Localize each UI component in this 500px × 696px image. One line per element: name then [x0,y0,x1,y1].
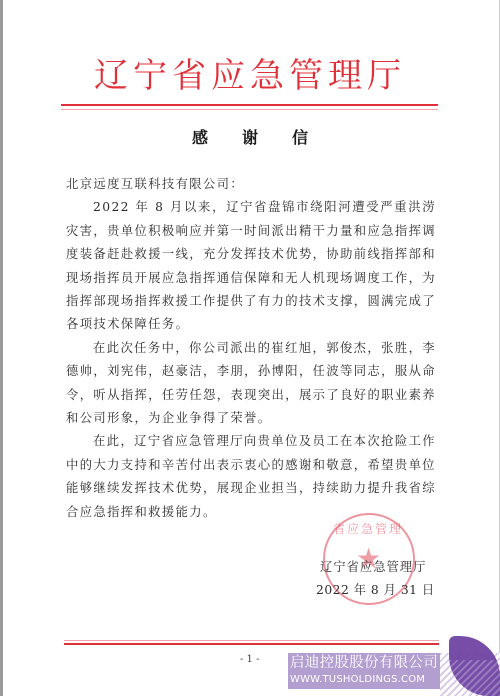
footer-red-rule-thin [64,640,439,641]
paragraph-3: 在此，辽宁省应急管理厅向贵单位及员工在本次抢险工作中的大力支持和辛苦付出表示衷心… [66,430,436,524]
letter-title-char: 信 [292,125,308,148]
letter-title-char: 感 [192,125,208,148]
paragraph-2: 在此次任务中，你公司派出的崔红旭，郭俊杰，张胜，李德帅，刘宪伟，赵豪洁，李朋，孙… [66,337,436,431]
seal-text: 省应急管理 [333,520,403,537]
letter-title-char: 谢 [242,125,258,148]
header-red-rule-thin [61,109,438,110]
header-red-rule [61,104,438,106]
page-number: - 1 - [240,654,259,665]
signer: 辽宁省应急管理厅 [320,557,426,575]
issuing-organization-header: 辽宁省应急管理厅 [0,54,500,98]
letter-body: 北京远度互联科技有限公司： 2022 年 8 月以来，辽宁省盘锦市绕阳河遭受严重… [66,173,436,524]
watermark-banner: 启迪控股股份有限公司 WWW.TUSHOLDINGS.COM [288,653,440,689]
signature-date: 2022 年 8 月 31 日 [316,580,435,598]
watermark-company-url: WWW.TUSHOLDINGS.COM [290,673,425,686]
watermark-company-name: 启迪控股股份有限公司 [290,654,438,672]
salutation: 北京远度互联科技有限公司： [66,173,436,196]
letter-title: 感谢信 [0,125,500,148]
footer-red-rule [64,643,439,645]
paragraph-1: 2022 年 8 月以来，辽宁省盘锦市绕阳河遭受严重洪涝灾害，贵单位积极响应并第… [66,196,436,336]
